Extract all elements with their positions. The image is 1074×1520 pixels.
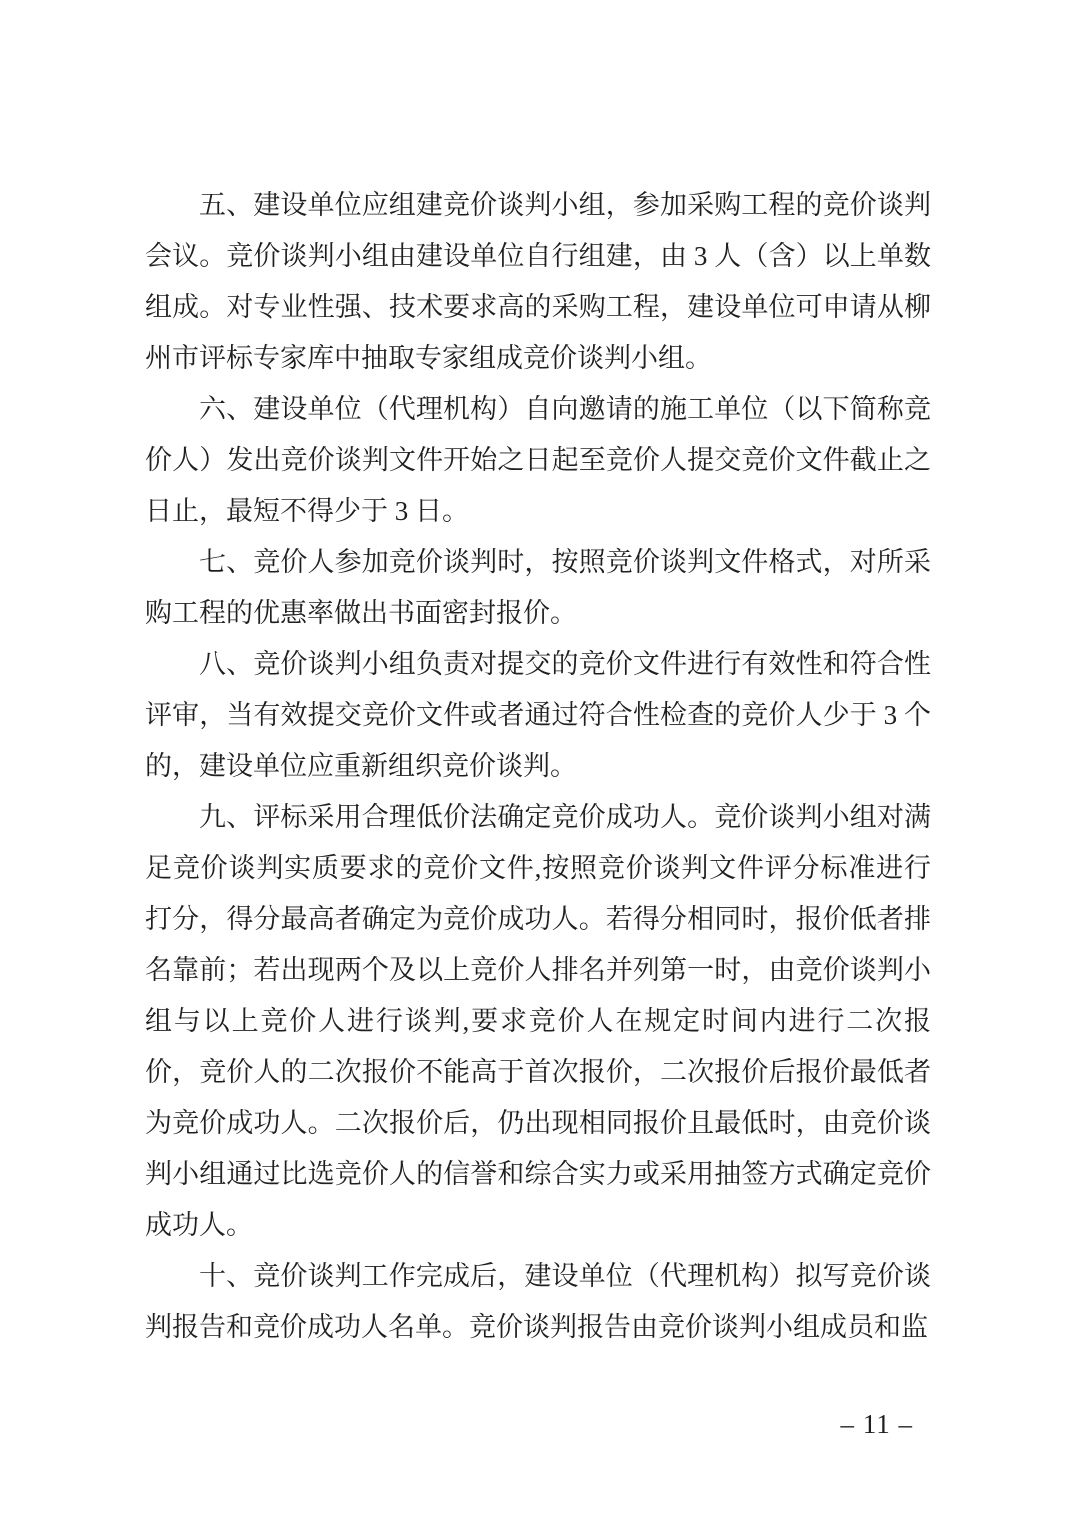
document-body: 五、建设单位应组建竞价谈判小组，参加采购工程的竞价谈判会议。竞价谈判小组由建设单…: [145, 180, 931, 1353]
document-page: 五、建设单位应组建竞价谈判小组，参加采购工程的竞价谈判会议。竞价谈判小组由建设单…: [0, 0, 1074, 1520]
paragraph-clause-5: 五、建设单位应组建竞价谈判小组，参加采购工程的竞价谈判会议。竞价谈判小组由建设单…: [145, 180, 931, 384]
paragraph-clause-9: 九、评标采用合理低价法确定竞价成功人。竞价谈判小组对满足竞价谈判实质要求的竞价文…: [145, 792, 931, 1251]
paragraph-clause-6: 六、建设单位（代理机构）自向邀请的施工单位（以下简称竞价人）发出竞价谈判文件开始…: [145, 384, 931, 537]
page-number: – 11 –: [841, 1408, 914, 1440]
paragraph-clause-8: 八、竞价谈判小组负责对提交的竞价文件进行有效性和符合性评审，当有效提交竞价文件或…: [145, 639, 931, 792]
paragraph-clause-10: 十、竞价谈判工作完成后，建设单位（代理机构）拟写竞价谈判报告和竞价成功人名单。竞…: [145, 1251, 931, 1353]
paragraph-clause-7: 七、竞价人参加竞价谈判时，按照竞价谈判文件格式，对所采购工程的优惠率做出书面密封…: [145, 537, 931, 639]
